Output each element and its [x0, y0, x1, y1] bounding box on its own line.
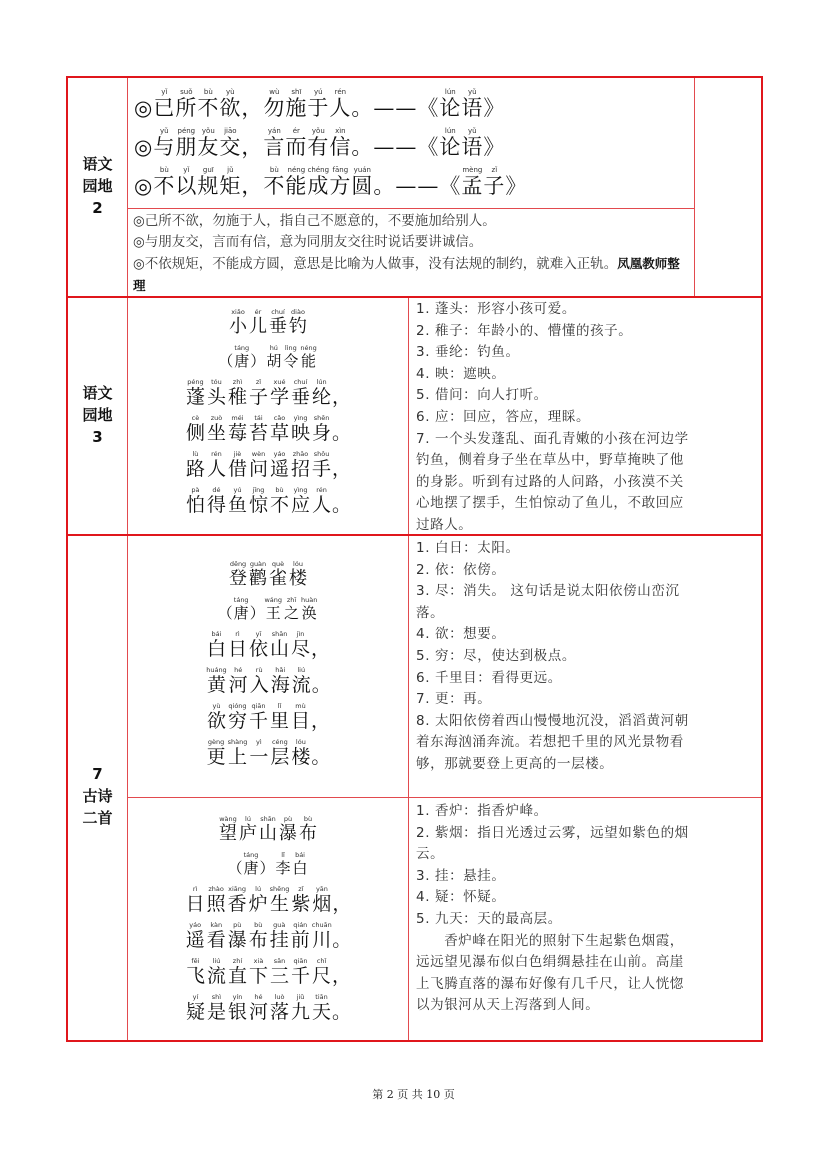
hanzi-with-pinyin: 论lún [439, 135, 461, 159]
punctuation: ◎ [134, 135, 153, 159]
hanzi-with-pinyin: 唐táng [234, 604, 249, 622]
hanzi-with-pinyin: 语yǔ [461, 96, 483, 120]
hanzi-with-pinyin: 小xiǎo [229, 316, 247, 337]
hanzi-with-pinyin: 鱼yú [228, 494, 247, 516]
hanzi-with-pinyin: 河hé [249, 1001, 268, 1023]
hanzi-with-pinyin: 映yìng [291, 422, 310, 444]
hanzi-with-pinyin: 之zhī [284, 604, 299, 622]
hanzi-with-pinyin: 川chuān [312, 929, 331, 951]
hanzi-with-pinyin: 鹳guàn [249, 568, 267, 589]
hanzi-with-pinyin: 山shān [259, 823, 277, 844]
punctuation: ◎ [134, 174, 153, 198]
quote-line: ◎与yǔ朋péng友yǒu交jiāo，言yán而ér有yǒu信xìn。——《论l… [134, 127, 505, 163]
hanzi-with-pinyin: 蓬péng [186, 386, 205, 408]
hanzi-with-pinyin: 孟mèng [461, 174, 483, 198]
punctuation: 。 [373, 174, 395, 198]
hanzi-with-pinyin: 日rì [228, 638, 247, 660]
divider-notes-column [408, 297, 409, 1040]
hanzi-with-pinyin: 三sān [270, 965, 289, 987]
hanzi-with-pinyin: 儿ér [249, 316, 267, 337]
hanzi-with-pinyin: 炉lú [249, 893, 268, 915]
note-item: 6. 应：回应，答应，理睬。 [416, 407, 690, 429]
hanzi-with-pinyin: 子zǐ [249, 386, 268, 408]
punctuation: 《 [439, 174, 461, 198]
punctuation: ， [332, 965, 351, 987]
note-item: 1. 香炉：指香炉峰。 [416, 801, 690, 823]
note-item: 3. 尽：消失。 这句话是说太阳依傍山峦沉落。 [416, 581, 690, 624]
label-line: 园地 [68, 175, 127, 197]
punctuation: ， [332, 386, 351, 408]
note-item: 5. 穷：尽，使达到极点。 [416, 646, 690, 668]
hanzi-with-pinyin: 能néng [300, 352, 316, 370]
section-label-gushi-7: 7 古诗 二首 [68, 763, 127, 829]
punctuation: 》 [483, 96, 505, 120]
note-item: 1. 蓬头：形容小孩可爱。 [416, 299, 690, 321]
hanzi-with-pinyin: 不bù [197, 96, 219, 120]
hanzi-with-pinyin: 纶lún [312, 386, 331, 408]
hanzi-with-pinyin: 山shān [270, 638, 289, 660]
explanation-line: ◎不依规矩，不能成方圆，意思是比喻为人做事，没有法规的制约，就难入正轨。凤凰教师… [133, 253, 689, 297]
hanzi-with-pinyin: 目mù [291, 710, 310, 732]
hanzi-with-pinyin: 流liú [207, 965, 226, 987]
hanzi-with-pinyin: 稚zhì [228, 386, 247, 408]
hanzi-with-pinyin: 布bù [299, 823, 317, 844]
hanzi-with-pinyin: 问wèn [249, 458, 268, 480]
poem-author: （唐táng）李lǐ白bái [128, 852, 408, 879]
note-item: 7. 更：再。 [416, 689, 690, 711]
hanzi-with-pinyin: 借jiè [228, 458, 247, 480]
hanzi-with-pinyin: 看kàn [207, 929, 226, 951]
hanzi-with-pinyin: 千qiān [291, 965, 310, 987]
poem-line: 遥yáo看kàn瀑pù布bù挂guà前qián川chuān。 [128, 922, 408, 951]
note-item: 香炉峰在阳光的照射下生起紫色烟霞，远远望见瀑布似白色绢绸悬挂在山前。高崖上飞腾直… [416, 931, 690, 1017]
hanzi-with-pinyin: 遥yáo [186, 929, 205, 951]
punctuation: 。 [351, 135, 373, 159]
punctuation: （ [218, 352, 233, 370]
hanzi-with-pinyin: 尺chǐ [312, 965, 331, 987]
poem-line: 路lù人rén借jiè问wèn遥yáo招zhāo手shǒu， [128, 451, 408, 480]
hanzi-with-pinyin: 前qián [291, 929, 310, 951]
hanzi-with-pinyin: 不bù [263, 174, 285, 198]
note-item: 2. 依：依傍。 [416, 560, 690, 582]
hanzi-with-pinyin: 子zǐ [483, 174, 505, 198]
hanzi-with-pinyin: 胡hú [266, 352, 281, 370]
poem-author: （唐táng）胡hú令lìng能néng [128, 345, 408, 372]
punctuation: 。 [312, 674, 331, 696]
hanzi-with-pinyin: 白bái [293, 859, 308, 877]
punctuation: 。 [332, 1001, 351, 1023]
hanzi-with-pinyin: 尽jìn [291, 638, 310, 660]
hanzi-with-pinyin: 更gèng [207, 746, 226, 768]
hanzi-with-pinyin: 楼lóu [289, 568, 307, 589]
hanzi-with-pinyin: 路lù [186, 458, 205, 480]
punctuation: ， [332, 893, 351, 915]
poem-line: 黄huáng河hé入rù海hǎi流liú。 [128, 667, 408, 696]
hanzi-with-pinyin: 河hé [229, 674, 248, 696]
note-item: 2. 紫烟：指日光透过云雾，远望如紫色的烟云。 [416, 823, 690, 866]
hanzi-with-pinyin: 上shàng [228, 746, 248, 768]
notes-wang-lushan-pubu: 1. 香炉：指香炉峰。2. 紫烟：指日光透过云雾，远望如紫色的烟云。3. 挂：悬… [416, 801, 690, 1017]
hanzi-with-pinyin: 楼lóu [291, 746, 310, 768]
punctuation: —— [373, 96, 417, 120]
hanzi-with-pinyin: 规guī [197, 174, 219, 198]
hanzi-with-pinyin: 生shēng [270, 893, 290, 915]
poem-deng-guanque-lou: 登dēng鹳guàn雀què楼lóu（唐táng）王wáng之zhī涣huàn白… [128, 561, 408, 775]
hanzi-with-pinyin: 圆yuán [351, 174, 373, 198]
poem-line: 日rì照zhào香xiāng炉lú生shēng紫zǐ烟yān， [128, 886, 408, 915]
hanzi-with-pinyin: 直zhí [228, 965, 247, 987]
hanzi-with-pinyin: 疑yí [186, 1001, 205, 1023]
quote-line: ◎不bù以yǐ规guī矩jǔ，不bù能néng成chéng方fāng圆yuán。… [134, 166, 527, 202]
poem-line: 飞fēi流liú直zhí下xià三sān千qiān尺chǐ， [128, 958, 408, 987]
poem-line: 侧cè坐zuò莓méi苔tái草cǎo映yìng身shēn。 [128, 415, 408, 444]
hanzi-with-pinyin: 遥yáo [270, 458, 289, 480]
poem-line: 白bái日rì依yī山shān尽jìn， [128, 631, 408, 660]
hanzi-with-pinyin: 坐zuò [207, 422, 226, 444]
notes-deng-guanque-lou: 1. 白日：太阳。2. 依：依傍。3. 尽：消失。 这句话是说太阳依傍山峦沉落。… [416, 538, 690, 776]
hanzi-with-pinyin: 令lìng [283, 352, 298, 370]
punctuation: 。 [332, 422, 351, 444]
punctuation: 》 [505, 174, 527, 198]
label-line: 7 [68, 763, 127, 785]
hanzi-with-pinyin: 挂guà [270, 929, 289, 951]
hanzi-with-pinyin: 瀑pù [279, 823, 297, 844]
punctuation: 。 [332, 494, 351, 516]
hanzi-with-pinyin: 怕pà [186, 494, 205, 516]
hanzi-with-pinyin: 有yǒu [307, 135, 329, 159]
punctuation: （ [218, 604, 233, 622]
hanzi-with-pinyin: 勿wù [263, 96, 285, 120]
hanzi-with-pinyin: 层céng [270, 746, 289, 768]
hanzi-with-pinyin: 登dēng [229, 568, 247, 589]
poem-line: 怕pà得dé鱼yú惊jīng不bù应yìng人rén。 [128, 487, 408, 516]
hanzi-with-pinyin: 头tóu [207, 386, 226, 408]
hanzi-with-pinyin: 语yǔ [461, 135, 483, 159]
note-item: 5. 借问：向人打听。 [416, 385, 690, 407]
hanzi-with-pinyin: 天tiān [312, 1001, 331, 1023]
poem-title: 登dēng鹳guàn雀què楼lóu [128, 561, 408, 590]
hanzi-with-pinyin: 人rén [312, 494, 331, 516]
label-line: 古诗 [68, 785, 127, 807]
hanzi-with-pinyin: 施shī [285, 96, 307, 120]
hanzi-with-pinyin: 日rì [186, 893, 205, 915]
hanzi-with-pinyin: 唐táng [234, 352, 249, 370]
explanation-line: ◎与朋友交，言而有信，意为同朋友交往时说话要讲诚信。 [133, 232, 689, 253]
hanzi-with-pinyin: 朋péng [175, 135, 197, 159]
hanzi-with-pinyin: 已yǐ [153, 96, 175, 120]
hanzi-with-pinyin: 方fāng [329, 174, 351, 198]
hanzi-with-pinyin: 能néng [285, 174, 307, 198]
hanzi-with-pinyin: 九jiǔ [291, 1001, 310, 1023]
label-line: 3 [68, 426, 127, 448]
section-label-yuwen-3: 语文 园地 3 [68, 382, 127, 448]
divider-right-column [694, 78, 695, 297]
divider-quotes-explain [127, 208, 694, 209]
punctuation: ， [241, 96, 263, 120]
note-item: 4. 欲：想要。 [416, 624, 690, 646]
punctuation: ， [311, 710, 330, 732]
label-line: 语文 [68, 153, 127, 175]
label-line: 园地 [68, 404, 127, 426]
poem-xiaoer-chuidiao: 小xiǎo儿ér垂chuí钓diào（唐táng）胡hú令lìng能néng蓬p… [128, 309, 408, 523]
hanzi-with-pinyin: 所suǒ [175, 96, 197, 120]
poem-author: （唐táng）王wáng之zhī涣huàn [128, 597, 408, 624]
hanzi-with-pinyin: 苔tái [249, 422, 268, 444]
hanzi-with-pinyin: 千qiān [249, 710, 268, 732]
hanzi-with-pinyin: 人rén [329, 96, 351, 120]
poem-title: 小xiǎo儿ér垂chuí钓diào [128, 309, 408, 338]
hanzi-with-pinyin: 依yī [249, 638, 268, 660]
hanzi-with-pinyin: 身shēn [312, 422, 331, 444]
hanzi-with-pinyin: 信xìn [329, 135, 351, 159]
hanzi-with-pinyin: 瀑pù [228, 929, 247, 951]
hanzi-with-pinyin: 一yì [249, 746, 268, 768]
punctuation: 。 [311, 746, 330, 768]
poem-line: 疑yí是shì银yín河hé落luò九jiǔ天tiān。 [128, 994, 408, 1023]
note-item: 3. 挂：悬挂。 [416, 866, 690, 888]
hanzi-with-pinyin: 草cǎo [270, 422, 289, 444]
hanzi-with-pinyin: 飞fēi [186, 965, 205, 987]
hanzi-with-pinyin: 布bù [249, 929, 268, 951]
punctuation: 《 [417, 96, 439, 120]
hanzi-with-pinyin: 穷qióng [228, 710, 247, 732]
punctuation: ） [250, 604, 265, 622]
hanzi-with-pinyin: 钓diào [289, 316, 307, 337]
hanzi-with-pinyin: 香xiāng [228, 893, 247, 915]
hanzi-with-pinyin: 庐lú [239, 823, 257, 844]
hanzi-with-pinyin: 莓méi [228, 422, 247, 444]
hanzi-with-pinyin: 是shì [207, 1001, 226, 1023]
label-line: 语文 [68, 382, 127, 404]
hanzi-with-pinyin: 王wáng [266, 604, 282, 622]
hanzi-with-pinyin: 白bái [207, 638, 226, 660]
hanzi-with-pinyin: 唐táng [243, 859, 258, 877]
punctuation: 。 [332, 929, 351, 951]
note-item: 7. 一个头发蓬乱、面孔青嫩的小孩在河边学钓鱼，侧着身子坐在草丛中，野草掩映了他… [416, 429, 690, 537]
poem-line: 更gèng上shàng一yì层céng楼lóu。 [128, 739, 408, 768]
hanzi-with-pinyin: 学xué [270, 386, 289, 408]
quote-line: ◎已yǐ所suǒ不bù欲yù，勿wù施shī于yú人rén。——《论lún语yǔ… [134, 88, 505, 124]
hanzi-with-pinyin: 论lún [439, 96, 461, 120]
hanzi-with-pinyin: 雀què [269, 568, 287, 589]
hanzi-with-pinyin: 人rén [207, 458, 226, 480]
hanzi-with-pinyin: 烟yān [312, 893, 331, 915]
note-item: 2. 稚子：年龄小的、懵懂的孩子。 [416, 321, 690, 343]
poem-line: 蓬péng头tóu稚zhì子zǐ学xué垂chuí纶lún， [128, 379, 408, 408]
hanzi-with-pinyin: 惊jīng [249, 494, 268, 516]
hanzi-with-pinyin: 望wàng [219, 823, 237, 844]
hanzi-with-pinyin: 紫zǐ [291, 893, 310, 915]
hanzi-with-pinyin: 而ér [285, 135, 307, 159]
hanzi-with-pinyin: 交jiāo [219, 135, 241, 159]
hanzi-with-pinyin: 招zhāo [291, 458, 310, 480]
hanzi-with-pinyin: 友yǒu [197, 135, 219, 159]
hanzi-with-pinyin: 言yán [263, 135, 285, 159]
note-item: 4. 映：遮映。 [416, 364, 690, 386]
poem-line: 欲yù穷qióng千qiān里lǐ目mù， [128, 703, 408, 732]
punctuation: ， [311, 638, 330, 660]
hanzi-with-pinyin: 不bù [153, 174, 175, 198]
note-item: 5. 九天：天的最高层。 [416, 909, 690, 931]
hanzi-with-pinyin: 不bù [270, 494, 289, 516]
hanzi-with-pinyin: 欲yù [219, 96, 241, 120]
hanzi-with-pinyin: 应yìng [291, 494, 310, 516]
punctuation: ） [250, 352, 265, 370]
hanzi-with-pinyin: 入rù [250, 674, 269, 696]
note-item: 1. 白日：太阳。 [416, 538, 690, 560]
note-item: 4. 疑：怀疑。 [416, 887, 690, 909]
hanzi-with-pinyin: 银yín [228, 1001, 247, 1023]
punctuation: ◎ [134, 96, 153, 120]
hanzi-with-pinyin: 得dé [207, 494, 226, 516]
hanzi-with-pinyin: 垂chuí [291, 386, 310, 408]
hanzi-with-pinyin: 里lǐ [270, 710, 289, 732]
punctuation: ， [241, 174, 263, 198]
label-line: 2 [68, 197, 127, 219]
note-item: 3. 垂纶：钓鱼。 [416, 342, 690, 364]
hanzi-with-pinyin: 流liú [292, 674, 311, 696]
divider-poem-2 [127, 797, 761, 798]
punctuation: ， [332, 458, 351, 480]
hanzi-with-pinyin: 侧cè [186, 422, 205, 444]
note-item: 6. 千里目：看得更远。 [416, 668, 690, 690]
hanzi-with-pinyin: 照zhào [207, 893, 226, 915]
hanzi-with-pinyin: 于yú [307, 96, 329, 120]
hanzi-with-pinyin: 黄huáng [206, 674, 226, 696]
hanzi-with-pinyin: 矩jǔ [219, 174, 241, 198]
hanzi-with-pinyin: 落luò [270, 1001, 289, 1023]
punctuation: —— [373, 135, 417, 159]
hanzi-with-pinyin: 下xià [249, 965, 268, 987]
note-item: 8. 太阳依傍着西山慢慢地沉没，滔滔黄河朝着东海汹涌奔流。若想把千里的风光景物看… [416, 711, 690, 776]
punctuation: 。 [351, 96, 373, 120]
poem-wang-lushan-pubu: 望wàng庐lú山shān瀑pù布bù（唐táng）李lǐ白bái日rì照zhà… [128, 816, 408, 1030]
hanzi-with-pinyin: 欲yù [207, 710, 226, 732]
hanzi-with-pinyin: 垂chuí [269, 316, 287, 337]
hanzi-with-pinyin: 成chéng [307, 174, 329, 198]
punctuation: —— [395, 174, 439, 198]
hanzi-with-pinyin: 与yǔ [153, 135, 175, 159]
label-line: 二首 [68, 807, 127, 829]
explanation-line: ◎己所不欲，勿施于人，指自己不愿意的，不要施加给别人。 [133, 211, 689, 232]
section-label-yuwen-2: 语文 园地 2 [68, 153, 127, 219]
notes-xiaoer-chuidiao: 1. 蓬头：形容小孩可爱。2. 稚子：年龄小的、懵懂的孩子。3. 垂纶：钓鱼。4… [416, 299, 690, 537]
punctuation: 《 [417, 135, 439, 159]
hanzi-with-pinyin: 涣huàn [301, 604, 317, 622]
punctuation: （ [227, 859, 242, 877]
quote-explanations: ◎己所不欲，勿施于人，指自己不愿意的，不要施加给别人。 ◎与朋友交，言而有信，意… [133, 211, 689, 297]
hanzi-with-pinyin: 以yǐ [175, 174, 197, 198]
page-number: 第 2 页 共 10 页 [0, 1086, 827, 1102]
hanzi-with-pinyin: 海hǎi [271, 674, 290, 696]
punctuation: ） [259, 859, 274, 877]
punctuation: ， [241, 135, 263, 159]
hanzi-with-pinyin: 李lǐ [276, 859, 291, 877]
poem-title: 望wàng庐lú山shān瀑pù布bù [128, 816, 408, 845]
punctuation: 》 [483, 135, 505, 159]
hanzi-with-pinyin: 手shǒu [312, 458, 331, 480]
